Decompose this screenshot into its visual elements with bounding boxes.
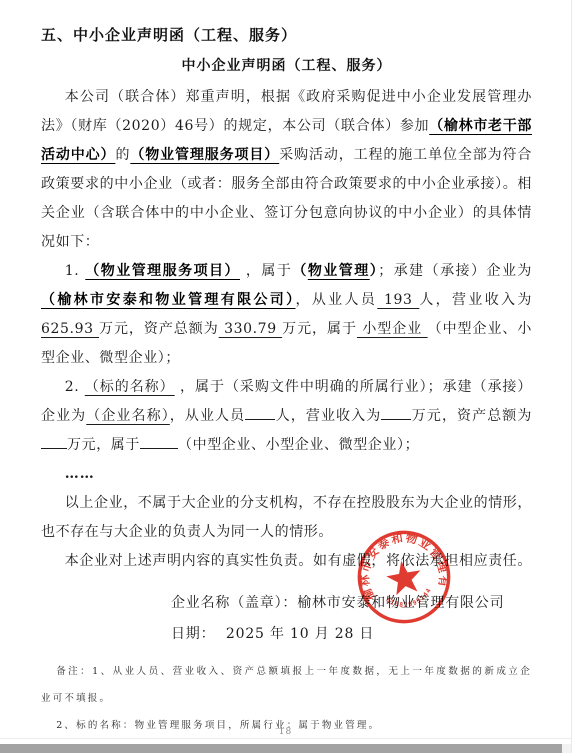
item1-run2: ；承建（承接）企业为: [378, 263, 532, 279]
item1-assets: 330.79: [219, 321, 282, 337]
footnote-1: 备注：1、从业人员、营业收入、资产总额填报上一年度数据，无上一年度数据的新成立企…: [41, 658, 532, 712]
item2-run2: ，从业人员: [170, 408, 245, 424]
item2-run5: 万元，属于: [67, 437, 140, 453]
item2-number: 2.: [65, 379, 85, 395]
document-page: 五、中小企业声明函（工程、服务） 中小企业声明函（工程、服务） 本公司（联合体）…: [0, 0, 572, 753]
item1-paren-right: ）: [370, 263, 378, 279]
p1-run3: 的: [115, 147, 130, 163]
item1-project: （物业管理服务项目）: [85, 263, 240, 279]
item1-size: 小型企业: [357, 321, 428, 337]
company-name-line: 企业名称（盖章）：榆林市安泰和物业管理有限公司: [171, 588, 532, 619]
blank-revenue: [381, 406, 411, 420]
item1-number: 1.: [65, 263, 85, 279]
item1-company: （榆林市安泰和物业管理有限公司）: [41, 292, 296, 308]
item2-run4: 万元，资产总额为: [411, 408, 532, 424]
blank-assets: [41, 435, 67, 449]
item2-subject: （标的名称）: [85, 379, 175, 395]
date-label: 日期：: [171, 626, 215, 642]
paragraph-responsibility: 本企业对上述声明内容的真实性负责。如有虚假，将依法承担相应责任。: [41, 547, 532, 576]
horizontal-scrollbar-track[interactable]: [0, 744, 572, 753]
signature-block: 企业名称（盖章）：榆林市安泰和物业管理有限公司 日期： 2025 年 10 月 …: [171, 588, 532, 650]
company-name-value: 榆林市安泰和物业管理有限公司: [297, 595, 504, 611]
item1-paren-left: （: [292, 263, 307, 279]
page-number: 18: [0, 727, 571, 737]
blank-employees: [245, 406, 275, 420]
project-name: （物业管理服务项目）: [130, 147, 279, 163]
item2-run3: 人，营业收入为: [275, 408, 381, 424]
item2-company: （企业名称）: [86, 408, 170, 424]
page-bottom-edge: [0, 738, 572, 739]
doc-title: 中小企业声明函（工程、服务）: [41, 55, 532, 75]
item-1: 1. （物业管理服务项目） ，属于（物业管理）；承建（承接）企业为（榆林市安泰和…: [41, 257, 532, 373]
item1-run5: 万元，资产总额为: [99, 321, 219, 337]
item-2: 2. （标的名称） ，属于（采购文件中明确的所属行业）；承建（承接）企业为（企业…: [41, 373, 532, 460]
item2-run6: （中型企业、小型企业、微型企业）；: [178, 437, 419, 453]
horizontal-scrollbar-thumb[interactable]: [0, 744, 562, 753]
paragraph-no-affiliation: 以上企业，不属于大企业的分支机构，不存在控股股东为大企业的情形，也不存在与大企业…: [41, 489, 532, 547]
section-heading: 五、中小企业声明函（工程、服务）: [41, 24, 532, 45]
item1-industry: 物业管理: [308, 263, 370, 279]
company-name-label: 企业名称（盖章）：: [171, 595, 297, 611]
item1-run3: ，从业人员: [296, 292, 378, 308]
item1-run6: 万元，属于: [282, 321, 357, 337]
date-line: 日期： 2025 年 10 月 28 日: [171, 619, 532, 650]
blank-size: [140, 435, 178, 449]
ellipsis-line: ……: [41, 460, 532, 489]
date-value: 2025 年 10 月 28 日: [226, 626, 374, 642]
item1-revenue: 625.93: [41, 321, 99, 337]
item1-employees: 193: [377, 292, 419, 308]
item1-run1: ，属于: [240, 263, 292, 279]
paragraph-declaration: 本公司（联合体）郑重声明，根据《政府采购促进中小企业发展管理办法》（财库（202…: [41, 83, 532, 257]
item1-run4: 人，营业收入为: [419, 292, 532, 308]
document-body: 五、中小企业声明函（工程、服务） 中小企业声明函（工程、服务） 本公司（联合体）…: [41, 24, 532, 739]
